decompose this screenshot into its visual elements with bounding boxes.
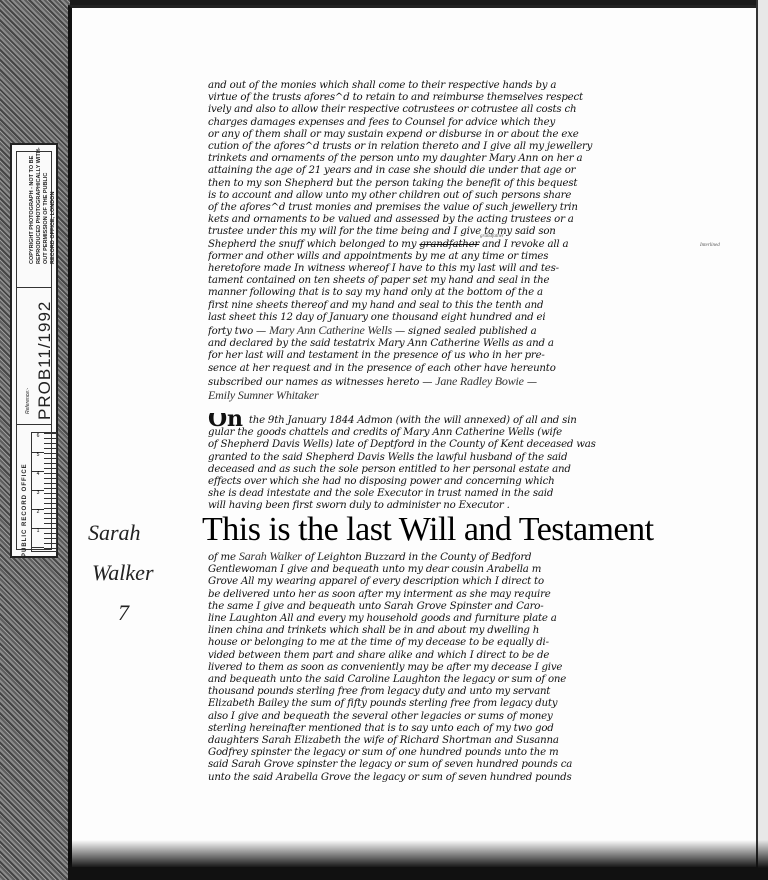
probate-note: On the 9th January 1844 Admon (with the … [208,413,708,513]
interlinear-correction: grandfather [480,234,504,239]
text-line: she is dead intestate and the sole Execu… [208,488,708,500]
witness-signature: Emily Sumner Whitaker [208,389,318,402]
text-line: trinkets and ornaments of the person unt… [208,153,708,165]
text-line: Grove All my wearing apparel of every de… [208,576,708,588]
text-line: deceased and as such the sole person ent… [208,464,708,476]
copyright-line: COPYRIGHT PHOTOGRAPH - NOT TO BE [29,147,36,264]
text-line: and declared by the said testatrix Mary … [208,338,708,350]
ruler-number: 2 [32,509,44,529]
text-line: of the afores^d trust monies and premise… [208,202,708,214]
text-fragment: forty two [208,326,253,337]
text-line: forty two — Mary Ann Catherine Wells — s… [208,324,708,338]
page-bottom-shadow [68,840,768,880]
text-line: or any of them shall or may sustain expe… [208,129,708,141]
reference-label: Reference:- [25,388,31,414]
ruler-number: 4 [32,471,44,491]
archive-reference-label: COPYRIGHT PHOTOGRAPH - NOT TO BE REPRODU… [10,143,58,558]
ruler-number: 5 [32,452,44,472]
text-line: for her last will and testament in the p… [208,350,708,362]
text-line: of Shepherd Davis Wells) late of Deptfor… [208,439,708,451]
folio-number: 7 [118,600,129,626]
text-line: virtue of the trusts afores^d to retain … [208,92,708,104]
text-line: charges damages expenses and fees to Cou… [208,117,708,129]
text-line: linen china and trinkets which shall be … [208,625,708,637]
text-line: the same I give and bequeath unto Sarah … [208,601,708,613]
text-line: Gentlewoman I give and bequeath unto my … [208,564,708,576]
text-line: effects over which she had no disposing … [208,476,708,488]
text-line: former and other wills and appointments … [208,251,708,263]
will-heading: This is the last Will and Testament [202,512,654,548]
copyright-notice: COPYRIGHT PHOTOGRAPH - NOT TO BE REPRODU… [29,147,57,264]
text-line: Elizabeth Bailey the sum of fifty pounds… [208,698,708,710]
copyright-line: REPRODUCED PHOTOGRAPHICALLY WITH- [36,147,43,264]
text-line: attaining the age of 21 years and in cas… [208,165,708,177]
text-line: said Sarah Grove spinster the legacy or … [208,759,708,771]
text-line: Shepherd the snuff which belonged to my … [208,239,708,251]
text-line: line Laughton All and every my household… [208,613,708,625]
office-name: PUBLIC RECORD OFFICE [22,463,28,557]
text-fragment: subscribed our names as witnesses hereto [208,377,419,388]
testatrix-signature: Mary Ann Catherine Wells [269,324,392,337]
text-line: unto the said Arabella Grove the legacy … [208,772,708,784]
text-line: vided between them part and share alike … [208,650,708,662]
text-fragment: of me [208,552,236,563]
text-line: and out of the monies which shall come t… [208,80,708,92]
text-fragment: Shepherd the snuff which belonged to my [208,239,416,250]
text-line: sence at her request and in the presence… [208,363,708,375]
text-line: gular the goods chattels and credits of … [208,427,708,439]
text-line: Emily Sumner Whitaker [208,389,708,403]
ruler-number: 3 [32,490,44,510]
label-divider [17,424,51,425]
text-line: subscribed our names as witnesses hereto… [208,375,708,389]
will-text-continued: and out of the monies which shall come t… [208,80,708,403]
initial-letter: On [208,413,243,427]
text-line: and bequeath unto the said Caroline Laug… [208,674,708,686]
will-text: of me Sarah Walker of Leighton Buzzard i… [208,550,708,784]
text-line: tament contained on ten sheets of paper … [208,275,708,287]
text-line: Godfrey spinster the legacy or sum of on… [208,747,708,759]
text-line: trustee under this my will for the time … [208,226,708,238]
text-line: be delivered unto her as soon after my i… [208,589,708,601]
text-line: manner following that is to say my hand … [208,287,708,299]
margin-name-last: Walker [92,560,154,586]
ruler-ticks [44,433,56,551]
text-line: granted to the said Shepherd Davis Wells… [208,452,708,464]
text-line: daughters Sarah Elizabeth the wife of Ri… [208,735,708,747]
scale-ruler: 6 5 4 3 2 1 [31,432,57,552]
ruler-number: 6 [32,433,44,453]
text-fragment: of Leighton Buzzard in the County of Bed… [305,552,532,563]
text-line: of me Sarah Walker of Leighton Buzzard i… [208,550,708,564]
copyright-line: RECORD OFFICE, LONDON [50,147,57,264]
text-fragment: signed sealed published a [408,326,537,337]
margin-annotation: Interlined [700,243,720,248]
witness-signature: Jane Radley Bowie [435,375,524,388]
text-line: also I give and bequeath the several oth… [208,711,708,723]
text-line: kets and ornaments to be valued and asse… [208,214,708,226]
text-line: cution of the afores^d trusts or in rela… [208,141,708,153]
text-line: ively and also to allow their respective… [208,104,708,116]
text-fragment: and I revoke all a [482,239,568,250]
label-divider [17,287,51,288]
struck-word: grandfather [419,239,479,250]
ruler-number: 1 [32,528,44,548]
page-right-edge [756,0,768,880]
text-fragment: the 9th January 1844 Admon (with the wil… [249,415,577,426]
margin-name-first: Sarah [88,520,141,546]
text-line: thousand pounds sterling free from legac… [208,686,708,698]
text-line: sterling hereinafter mentioned that is t… [208,723,708,735]
text-line: is to account and allow unto my other ch… [208,190,708,202]
copyright-line: OUT PERMISSION OF THE PUBLIC [43,147,50,264]
text-line: livered to them as soon as conveniently … [208,662,708,674]
text-line: last sheet this 12 day of January one th… [208,312,708,324]
reference-number: PROB11/1992 [35,301,55,420]
text-line: first nine sheets thereof and my hand an… [208,300,708,312]
text-line: then to my son Shepherd but the person t… [208,178,708,190]
text-line: heretofore made In witness whereof I hav… [208,263,708,275]
text-line: On the 9th January 1844 Admon (with the … [208,413,708,427]
text-line: house or belonging to me at the time of … [208,637,708,649]
testator-name: Sarah Walker [239,550,302,563]
